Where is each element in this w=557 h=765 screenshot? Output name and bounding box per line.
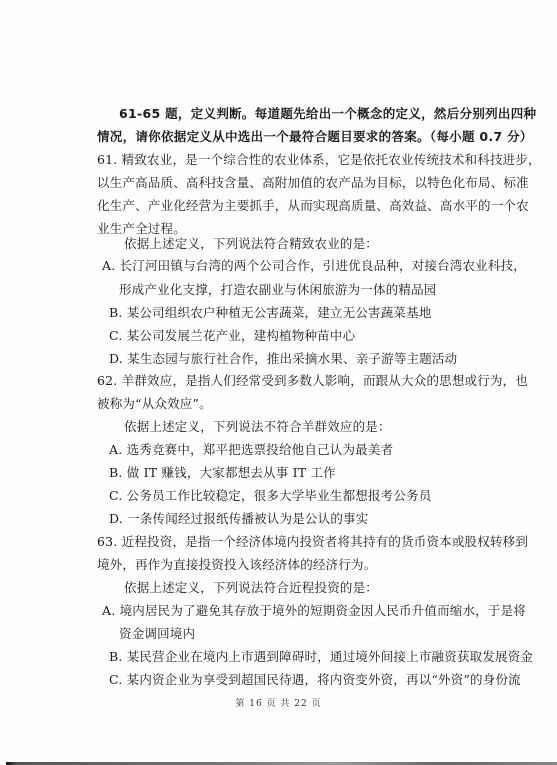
q62-definition-line: 被称为“从众效应”。 bbox=[97, 396, 212, 412]
q62-option-d: D. 一条传闻经过报纸传播被认为是公认的事实 bbox=[109, 511, 368, 527]
page-number-footer: 第 16 页 共 22 页 bbox=[0, 696, 557, 709]
q61-option-a-continued: 形成产业化支撑，打造农副业与休闲旅游为一体的精品园 bbox=[119, 282, 437, 298]
q61-definition-line: 61. 精致农业，是一个综合性的农业体系，它是依托农业传统技术和科技进步， bbox=[97, 152, 541, 168]
q62-prompt: 依据上述定义，下列说法不符合羊群效应的是： bbox=[124, 419, 391, 435]
q63-option-a-continued: 资金调回境内 bbox=[119, 626, 195, 642]
q62-option-a: A. 选秀竞赛中，郑平把选票投给他自己认为最美者 bbox=[109, 442, 393, 458]
q61-option-c: C. 某公司发展兰花产业，建构植物种苗中心 bbox=[109, 328, 355, 344]
q63-option-b: B. 某民营企业在境内上市遇到障碍时，通过境外间接上市融资获取发展资金 bbox=[109, 649, 533, 665]
q62-option-b: B. 做 IT 赚钱，大家都想去从事 IT 工作 bbox=[109, 465, 336, 481]
section-header-line-1: 61-65 题，定义判断。每道题先给出一个概念的定义，然后分别列出四种 bbox=[119, 106, 536, 122]
q61-definition-line: 化生产、产业化经营为主要抓手，从而实现高质量、高效益、高水平的一个农 bbox=[97, 198, 529, 214]
q61-option-d: D. 某生态园与旅行社合作，推出采摘水果、亲子游等主题活动 bbox=[109, 351, 457, 367]
q63-option-c: C. 某内资企业为享受到超国民待遇，将内资变外资，再以“外资”的身份流 bbox=[109, 672, 521, 688]
q61-definition-line: 业生产全过程。 bbox=[97, 221, 186, 237]
exam-page: 61-65 题，定义判断。每道题先给出一个概念的定义，然后分别列出四种 情况，请… bbox=[0, 0, 557, 765]
q63-definition-line: 63. 近程投资，是指一个经济体境内投资者将其持有的货币资本或股权转移到 bbox=[97, 534, 528, 550]
q63-option-a: A. 境内居民为了避免其存放于境外的短期资金因人民币升值而缩水，于是将 bbox=[102, 603, 526, 619]
q61-option-b: B. 某公司组织农户种植无公害蔬菜，建立无公害蔬菜基地 bbox=[109, 305, 432, 321]
q61-option-a: A. 长汀河田镇与台湾的两个公司合作，引进优良品种，对接台湾农业科技， bbox=[102, 258, 526, 274]
q62-option-c: C. 公务员工作比较稳定，很多大学毕业生都想报考公务员 bbox=[109, 488, 431, 504]
q61-definition-line: 以生产高品质、高科技含量、高附加值的农产品为目标，以特色化布局、标准 bbox=[97, 175, 529, 191]
q61-prompt: 依据上述定义，下列说法符合精致农业的是： bbox=[124, 236, 378, 252]
q63-prompt: 依据上述定义，下列说法符合近程投资的是： bbox=[124, 580, 378, 596]
q63-definition-line: 境外，再作为直接投资投入该经济体的经济行为。 bbox=[97, 557, 376, 573]
section-header-line-2: 情况，请你依据定义从中选出一个最符合题目要求的答案。（每小题 0.7 分） bbox=[97, 129, 533, 145]
q62-definition-line: 62. 羊群效应，是指人们经常受到多数人影响，而跟从大众的思想或行为，也 bbox=[97, 373, 528, 389]
